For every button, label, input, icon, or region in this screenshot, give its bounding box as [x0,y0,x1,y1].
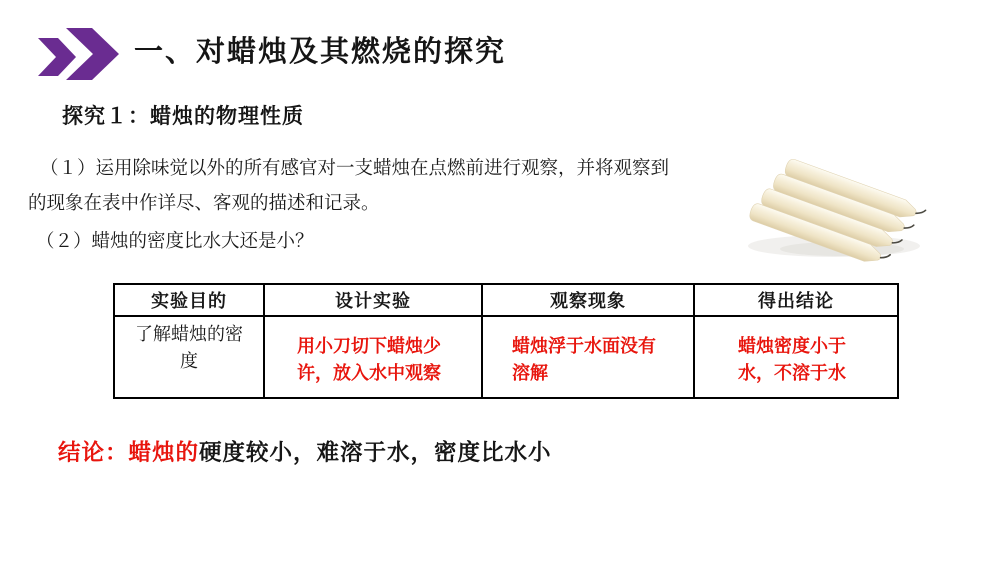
table-header-row: 实验目的 设计实验 观察现象 得出结论 [114,284,898,316]
table-row: 了解蜡烛的密度 用小刀切下蜡烛少许，放入水中观察 蜡烛浮于水面没有溶解 蜡烛密度… [114,316,898,398]
slide: 一、对蜡烛及其燃烧的探究 探究１：蜡烛的物理性质 （１）运用除味觉以外的所有感官… [0,0,1000,563]
cell-result: 蜡烛密度小于水，不溶于水 [694,316,898,398]
cell-result-text: 蜡烛密度小于水，不溶于水 [738,325,854,387]
section-subtitle: 探究１：蜡烛的物理性质 [62,100,304,130]
header-experiment-purpose: 实验目的 [114,284,264,316]
paragraph-density-question: （２）蜡烛的密度比水大还是小？ [36,227,314,253]
double-chevron-right-icon [36,24,128,80]
paragraph-line: （１）运用除味觉以外的所有感官对一支蜡烛在点燃前进行观察，并将观察到 [40,150,669,185]
cell-purpose-text: 了解蜡烛的密度 [131,321,247,375]
cell-observation-text: 蜡烛浮于水面没有溶解 [512,325,664,387]
paragraph-observation-task: （１）运用除味觉以外的所有感官对一支蜡烛在点燃前进行观察，并将观察到 的现象在表… [40,150,669,220]
conclusion-text: 硬度较小，难溶于水，密度比水小 [199,440,552,465]
cell-observation: 蜡烛浮于水面没有溶解 [482,316,694,398]
header-drawn-conclusion: 得出结论 [694,284,898,316]
conclusion-label: 结论：蜡烛的 [58,440,199,465]
cell-design: 用小刀切下蜡烛少许，放入水中观察 [264,316,482,398]
cell-purpose: 了解蜡烛的密度 [114,316,264,398]
header-experiment-design: 设计实验 [264,284,482,316]
conclusion-line: 结论：蜡烛的硬度较小，难溶于水，密度比水小 [58,435,552,467]
paragraph-line: 的现象在表中作详尽、客观的描述和记录。 [28,185,669,220]
page-title: 一、对蜡烛及其燃烧的探究 [134,29,506,70]
cell-design-text: 用小刀切下蜡烛少许，放入水中观察 [297,325,449,387]
header-observed-phenomenon: 观察现象 [482,284,694,316]
experiment-table: 实验目的 设计实验 观察现象 得出结论 了解蜡烛的密度 用小刀切下蜡烛少许，放入… [113,283,899,399]
candles-photo [742,156,938,264]
